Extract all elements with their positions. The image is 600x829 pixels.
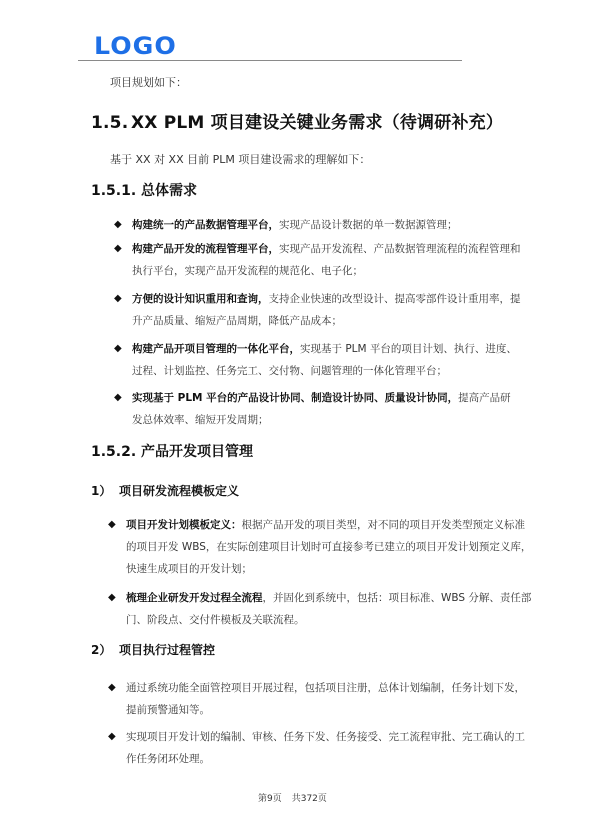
list-item-text: 实现基于 PLM 平台的项目计划、执行、进度、 — [300, 343, 517, 355]
diamond-bullet-icon: ◆ — [108, 514, 116, 536]
list-item: ◆ 梳理企业研发开发过程全流程，并固化到系统中，包括：项目标准、WBS 分解、责… — [126, 587, 546, 631]
item-title: 项目执行过程管控 — [119, 643, 215, 657]
list-item-text: 根据产品开发的项目类型，对不同的项目开发类型预定义标准 — [242, 519, 526, 531]
item-title: 项目研发流程模板定义 — [119, 484, 239, 498]
subsection-number: 1.5.1. — [91, 183, 141, 199]
list-item-text-cont: 发总体效率、缩短开发周期； — [132, 409, 552, 431]
section-number: 1.5. — [91, 113, 131, 133]
section-heading: 1.5.XX PLM 项目建设关键业务需求（待调研补充） — [91, 108, 503, 133]
list-item-bold: 构建产品开项目管理的一体化平台， — [132, 343, 300, 355]
list-item-text: 实现产品设计数据的单一数据源管理； — [279, 219, 458, 231]
list-item-bold: 项目开发计划模板定义： — [126, 519, 242, 531]
diamond-bullet-icon: ◆ — [114, 338, 122, 360]
subsection-number: 1.5.2. — [91, 444, 141, 460]
list-item: ◆ 构建统一的产品数据管理平台，实现产品设计数据的单一数据源管理； — [132, 214, 552, 236]
list-item: ◆ 构建产品开项目管理的一体化平台，实现基于 PLM 平台的项目计划、执行、进度… — [132, 338, 552, 382]
diamond-bullet-icon: ◆ — [114, 214, 122, 236]
list-item-text-cont: 提前预警通知等。 — [126, 699, 546, 721]
list-item-text: 支持企业快速的改型设计、提高零部件设计重用率，提 — [269, 293, 521, 305]
list-item: ◆ 项目开发计划模板定义：根据产品开发的项目类型，对不同的项目开发类型预定义标准… — [126, 514, 546, 580]
list-item-text: 实现项目开发计划的编制、审核、任务下发、任务接受、完工流程审批、完工确认的工 — [126, 726, 546, 748]
list-item-text-cont: 过程、计划监控、任务完工、交付物、问题管理的一体化管理平台； — [132, 360, 552, 382]
diamond-bullet-icon: ◆ — [108, 677, 116, 699]
page-footer: 第9页共372页 — [258, 791, 327, 804]
item-heading-1: 1）项目研发流程模板定义 — [91, 482, 239, 499]
list-item-bold: 构建产品开发的流程管理平台， — [132, 243, 279, 255]
document-page: LOGO 项目规划如下： 1.5.XX PLM 项目建设关键业务需求（待调研补充… — [0, 0, 600, 829]
section-title: XX PLM 项目建设关键业务需求（待调研补充） — [131, 113, 503, 133]
subsection-title: 总体需求 — [141, 183, 197, 199]
list-item-text: ，并固化到系统中，包括：项目标准、WBS 分解、责任部 — [263, 592, 532, 604]
section-basis-paragraph: 基于 XX 对 XX 目前 PLM 项目建设需求的理解如下： — [110, 151, 370, 167]
list-item-text-cont: 执行平台，实现产品开发流程的规范化、电子化； — [132, 260, 552, 282]
list-item-bold: 实现基于 PLM 平台的产品设计协同、制造设计协同、质量设计协同， — [132, 392, 458, 404]
list-item-text-cont: 作任务闭环处理。 — [126, 748, 546, 770]
list-item-bold: 方便的设计知识重用和查询， — [132, 293, 269, 305]
diamond-bullet-icon: ◆ — [114, 387, 122, 409]
subsection-title: 产品开发项目管理 — [141, 444, 253, 460]
subsection-heading-1: 1.5.1.总体需求 — [91, 180, 197, 200]
list-item: ◆ 方便的设计知识重用和查询，支持企业快速的改型设计、提高零部件设计重用率，提 … — [132, 288, 552, 332]
header-divider — [78, 60, 462, 61]
list-item-text: 通过系统功能全面管控项目开展过程，包括项目注册，总体计划编制，任务计划下发， — [126, 677, 546, 699]
intro-paragraph: 项目规划如下： — [110, 74, 187, 90]
list-item-bold: 梳理企业研发开发过程全流程 — [126, 592, 263, 604]
list-item: ◆ 实现基于 PLM 平台的产品设计协同、制造设计协同、质量设计协同，提高产品研… — [132, 387, 552, 431]
item-number: 1） — [91, 482, 119, 499]
list-item-text-cont: 的项目开发 WBS，在实际创建项目计划时可直接参考已建立的项目开发计划预定义库， — [126, 536, 546, 558]
diamond-bullet-icon: ◆ — [108, 587, 116, 609]
page-number: 第9页 — [258, 794, 282, 804]
list-item: ◆ 实现项目开发计划的编制、审核、任务下发、任务接受、完工流程审批、完工确认的工… — [126, 726, 546, 770]
subsection-heading-2: 1.5.2.产品开发项目管理 — [91, 441, 253, 461]
list-item-text-cont: 门、阶段点、交付件模板及关联流程。 — [126, 609, 546, 631]
item-number: 2） — [91, 641, 119, 658]
item-heading-2: 2）项目执行过程管控 — [91, 641, 215, 658]
list-item: ◆ 构建产品开发的流程管理平台，实现产品开发流程、产品数据管理流程的流程管理和 … — [132, 238, 552, 282]
list-item: ◆ 通过系统功能全面管控项目开展过程，包括项目注册，总体计划编制，任务计划下发，… — [126, 677, 546, 721]
list-item-text-cont: 升产品质量、缩短产品周期，降低产品成本； — [132, 310, 552, 332]
diamond-bullet-icon: ◆ — [108, 726, 116, 748]
list-item-bold: 构建统一的产品数据管理平台， — [132, 219, 279, 231]
diamond-bullet-icon: ◆ — [114, 288, 122, 310]
list-item-text-cont: 快速生成项目的开发计划； — [126, 558, 546, 580]
diamond-bullet-icon: ◆ — [114, 238, 122, 260]
logo: LOGO — [94, 34, 177, 58]
list-item-text: 实现产品开发流程、产品数据管理流程的流程管理和 — [279, 243, 521, 255]
total-pages: 共372页 — [292, 794, 327, 804]
list-item-text: 提高产品研 — [458, 392, 511, 404]
